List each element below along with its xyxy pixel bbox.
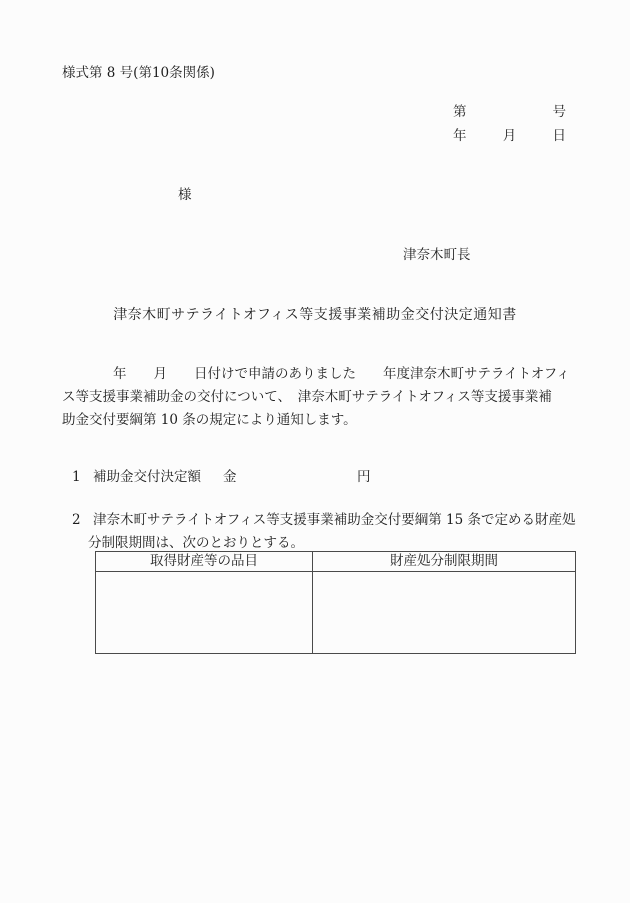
- body-paragraph-line-2: ス等支援事業補助金の交付について、 津奈木町サテライトオフィス等支援事業補: [62, 388, 552, 406]
- item-2-number: 2: [72, 511, 81, 529]
- body-paragraph-line-1: 年 月 日付けで申請のありました 年度津奈木町サテライトオフィ: [113, 365, 570, 383]
- item-2-line-1: 津奈木町サテライトオフィス等支援事業補助金交付要綱第 15 条で定める財産処: [93, 511, 575, 529]
- table-cell-acquired-property: [96, 572, 313, 653]
- document-title: 津奈木町サテライトオフィス等支援事業補助金交付決定通知書: [0, 306, 630, 325]
- date-year-label: 年: [453, 127, 467, 145]
- table-header-disposal-period: 財産処分制限期間: [313, 552, 575, 572]
- addressee-honorific: 様: [178, 186, 192, 204]
- table-row: [96, 572, 575, 653]
- date-day-label: 日: [553, 127, 567, 145]
- sender-title: 津奈木町長: [403, 246, 471, 264]
- form-number: 様式第 8 号(第10条関係): [62, 64, 215, 82]
- item-1-number: 1: [72, 468, 81, 486]
- item-1-label: 補助金交付決定額: [93, 468, 201, 486]
- date-line: 年 月 日: [453, 127, 566, 145]
- doc-number-suffix: 号: [553, 103, 567, 121]
- item-1-amount-prefix: 金: [223, 468, 237, 486]
- table-header-row: 取得財産等の品目 財産処分制限期間: [96, 552, 575, 572]
- item-2-line-2: 分制限期間は、次のとおりとする。: [88, 534, 304, 552]
- body-paragraph-line-3: 助金交付要綱第 10 条の規定により通知します。: [62, 411, 357, 429]
- table-cell-disposal-period: [313, 572, 575, 653]
- doc-number-prefix: 第: [453, 103, 467, 121]
- item-1-amount-suffix: 円: [357, 468, 371, 486]
- date-month-label: 月: [503, 127, 517, 145]
- table-header-acquired-property: 取得財産等の品目: [96, 552, 313, 572]
- doc-number-line: 第 号: [453, 103, 566, 121]
- document-page: 様式第 8 号(第10条関係) 第 号 年 月 日 様 津奈木町長 津奈木町サテ…: [0, 0, 630, 903]
- property-disposal-table: 取得財産等の品目 財産処分制限期間: [95, 551, 576, 654]
